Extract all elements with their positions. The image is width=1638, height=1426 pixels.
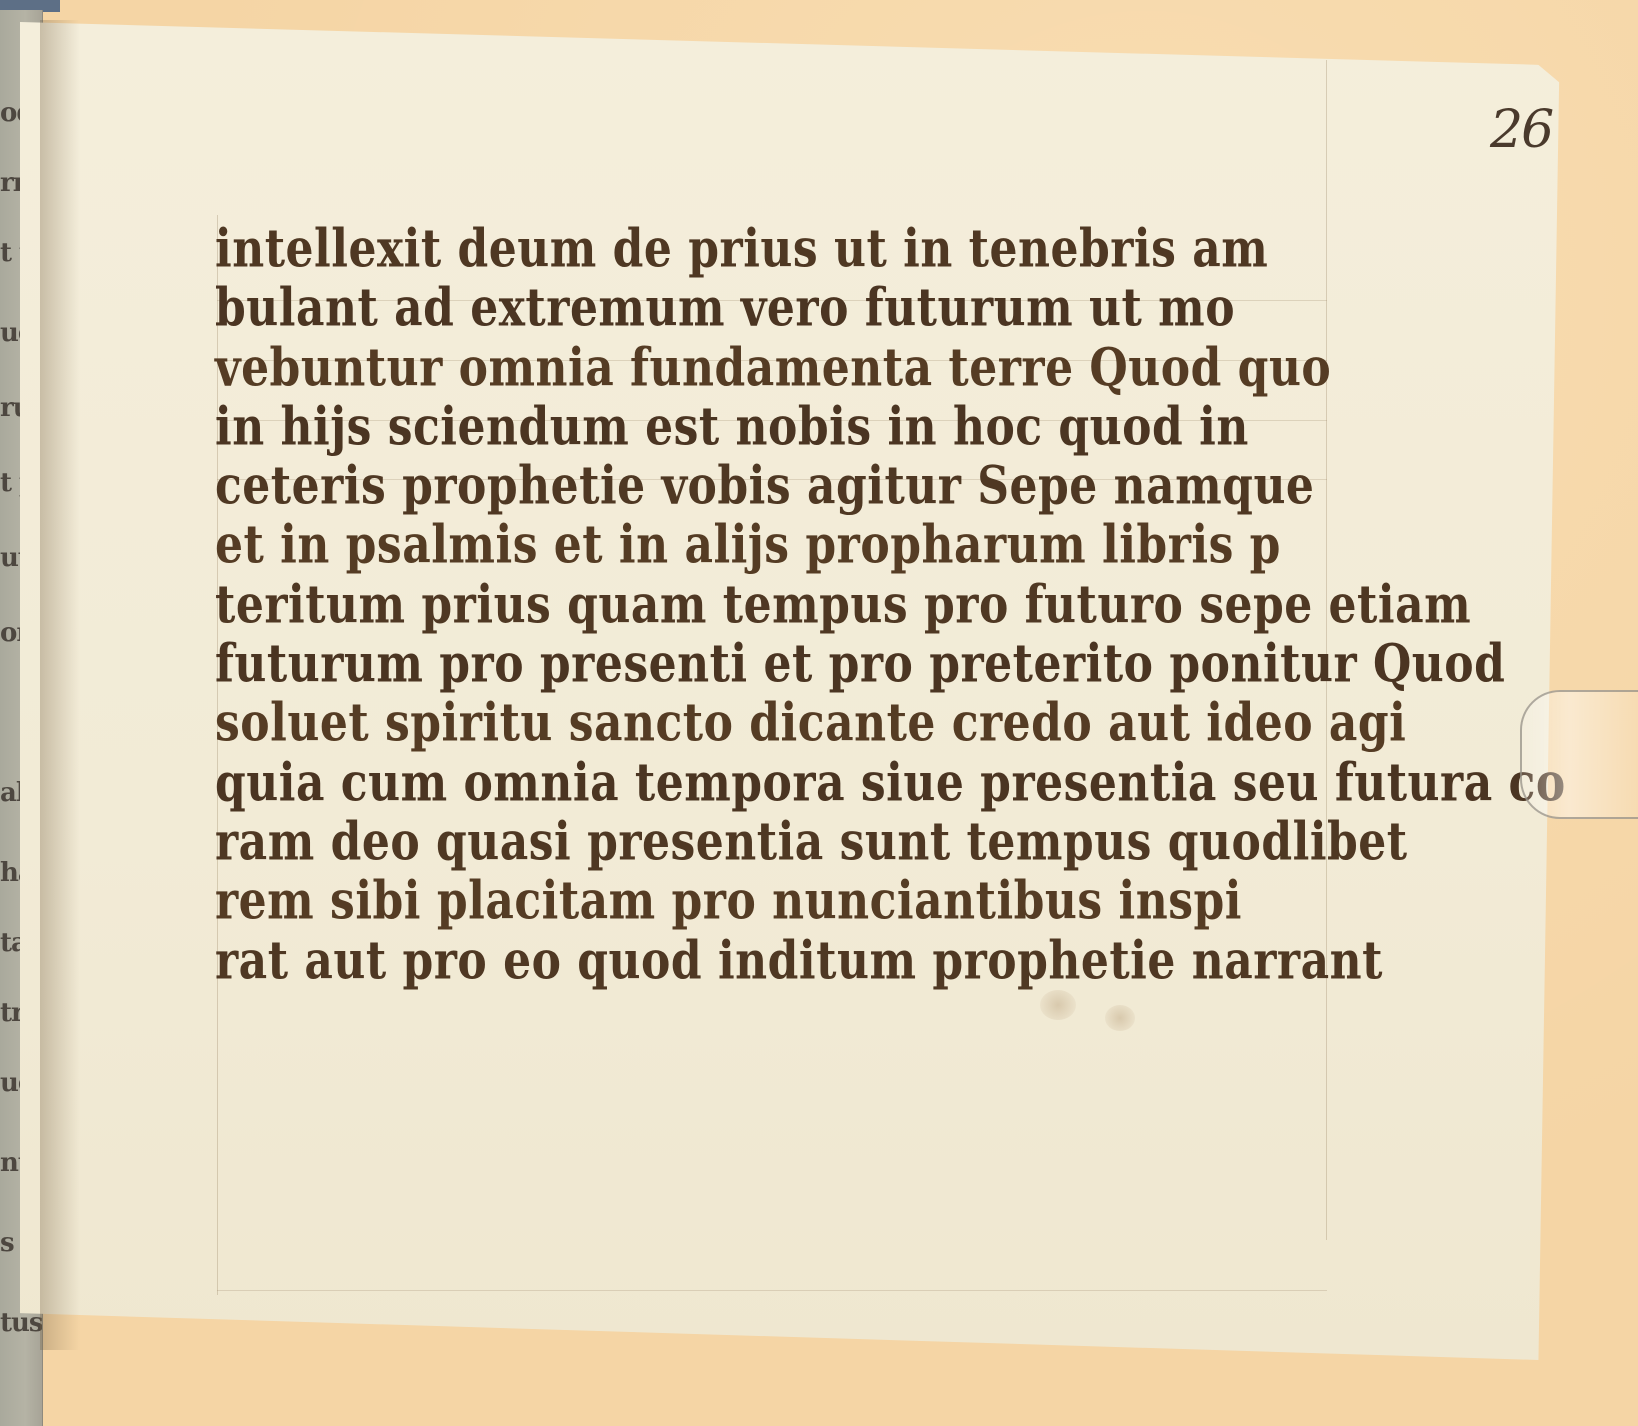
main-text-block: intellexit deum de prius ut in tenebris … (215, 220, 1345, 991)
prev-leaf-fragment: tus (0, 1310, 43, 1336)
gutter-shadow (40, 20, 80, 1350)
mounting-clip (1520, 690, 1638, 819)
text-line: rat aut pro eo quod inditum prophetie na… (215, 926, 1345, 996)
ruling-bottom (217, 1290, 1327, 1291)
parchment-stain (1105, 1005, 1135, 1031)
folio-number: 26 (1490, 100, 1552, 160)
